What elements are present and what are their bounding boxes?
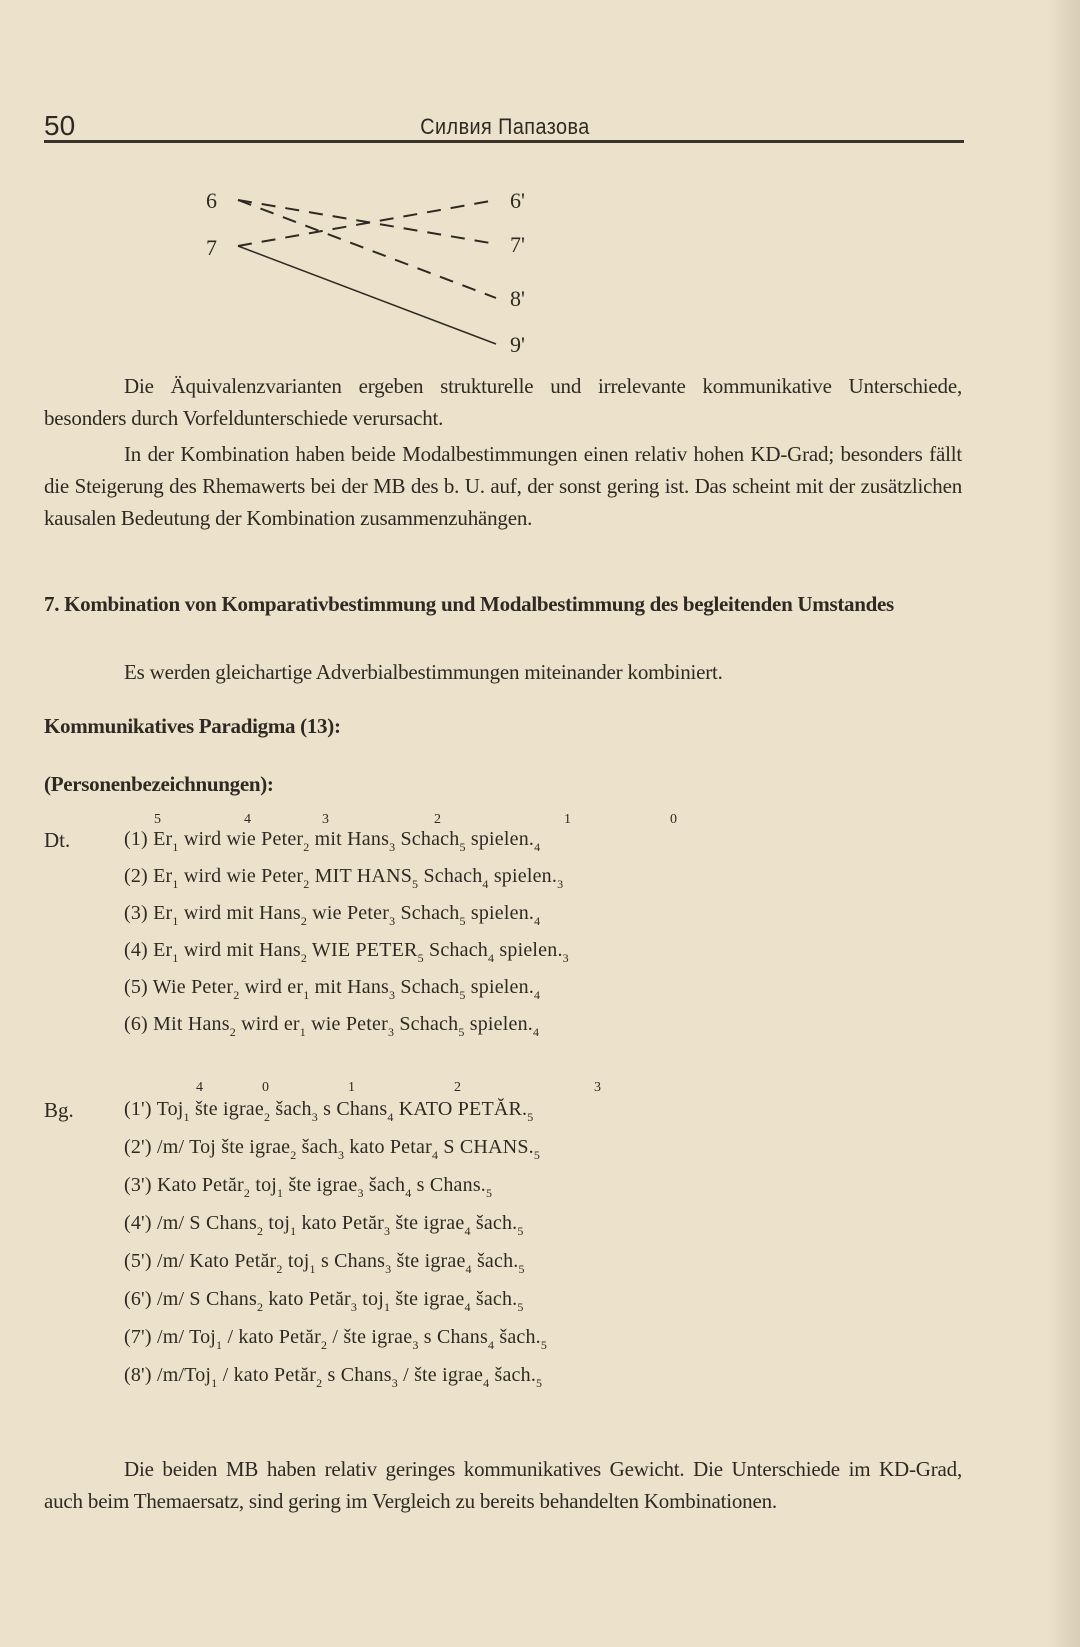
edge-7-9prime (238, 246, 496, 344)
rank-subscript: 2 (264, 1110, 270, 1124)
word-token: /m/ (157, 1212, 184, 1234)
word-token: Peter3 (346, 1013, 394, 1035)
word-token: Schach4 (429, 939, 494, 961)
rank-subscript: 4 (432, 1148, 438, 1162)
word-token: šach4 (369, 1174, 412, 1196)
rank-subscript: 3 (351, 1300, 357, 1314)
edge-7-6prime (238, 200, 496, 246)
word-token: / (227, 1326, 233, 1348)
word-token: wird (245, 976, 282, 998)
example-sentence: (8') /m/Toj1 / kato Petăr2 s Chans3 / št… (124, 1364, 542, 1391)
dt-label: Dt. (44, 828, 70, 853)
example-sentence: (2') /m/ Toj šte igrae2 šach3 kato Petar… (124, 1136, 540, 1163)
rank-subscript: 4 (534, 914, 540, 928)
word-token: spielen.4 (470, 1013, 539, 1035)
rank-subscript: 3 (389, 988, 395, 1002)
word-token: spielen.4 (471, 902, 540, 924)
word-token: mit (226, 902, 253, 924)
word-token: Toj (189, 1136, 216, 1158)
example-sentence: (1) Er1 wird wie Peter2 mit Hans3 Schach… (124, 828, 540, 855)
paragraph-2: In der Kombination haben beide Modalbest… (44, 438, 962, 534)
rank-subscript: 1 (216, 1338, 222, 1352)
word-token: Peter2 (261, 828, 309, 850)
rank-subscript: 3 (388, 1025, 394, 1039)
rank-subscript: 4 (488, 951, 494, 965)
node-7: 7 (206, 235, 217, 260)
word-token: spielen.3 (494, 865, 563, 887)
example-number: (3) (124, 902, 153, 924)
word-token: wird (241, 1013, 278, 1035)
word-token: igrae3 (371, 1326, 418, 1348)
example-number: (1') (124, 1098, 157, 1120)
rank-number: 2 (434, 812, 441, 828)
word-token: mit (315, 976, 342, 998)
rank-subscript: 2 (321, 1338, 327, 1352)
example-sentence: (3) Er1 wird mit Hans2 wie Peter3 Schach… (124, 902, 540, 929)
rank-subscript: 3 (385, 1262, 391, 1276)
bg-label: Bg. (44, 1098, 74, 1123)
word-token: S (189, 1288, 200, 1310)
example-number: (4') (124, 1212, 157, 1234)
word-token: šach.5 (499, 1326, 547, 1348)
rank-number: 4 (196, 1080, 203, 1096)
word-token: Schach4 (423, 865, 488, 887)
paragraph-4: Die beiden MB haben relativ geringes kom… (44, 1453, 962, 1517)
word-token: šach.5 (476, 1288, 524, 1310)
word-token: igrae4 (425, 1250, 472, 1272)
word-token: Chans2 (206, 1288, 263, 1310)
equivalence-diagram: 6 7 6' 7' 8' 9' (190, 180, 550, 360)
word-token: Petăr2 (202, 1174, 250, 1196)
word-token: / (332, 1326, 338, 1348)
word-token: S (189, 1212, 200, 1234)
rank-number: 1 (348, 1080, 355, 1096)
rank-subscript: 5 (459, 914, 465, 928)
rank-subscript: 1 (310, 1262, 316, 1276)
rank-subscript: 1 (184, 1110, 190, 1124)
word-token: šte (195, 1098, 218, 1120)
rank-subscript: 1 (211, 1376, 217, 1390)
word-token: Petăr3 (342, 1212, 390, 1234)
word-token: Hans3 (347, 828, 395, 850)
word-token: mit (226, 939, 253, 961)
example-number: (6') (124, 1288, 157, 1310)
word-token: wie (226, 865, 255, 887)
rank-subscript: 4 (534, 988, 540, 1002)
word-token: Chans3 (334, 1250, 391, 1272)
word-token: šach.5 (476, 1212, 524, 1234)
rank-subscript: 5 (527, 1110, 533, 1124)
rank-subscript: 1 (303, 988, 309, 1002)
word-token: wird (184, 865, 221, 887)
rank-subscript: 3 (392, 1376, 398, 1390)
word-token: /m/ (157, 1136, 184, 1158)
word-token: wie (312, 902, 341, 924)
rank-subscript: 2 (230, 1025, 236, 1039)
word-token: s (328, 1364, 336, 1386)
word-token: Mit (153, 1013, 183, 1035)
example-sentence: (3') Kato Petăr2 toj1 šte igrae3 šach4 s… (124, 1174, 492, 1201)
word-token: Peter2 (261, 865, 309, 887)
rank-number: 2 (454, 1080, 461, 1096)
rank-subscript: 3 (557, 877, 563, 891)
example-sentence: (1') Toj1 šte igrae2 šach3 s Chans4 KATO… (124, 1098, 533, 1125)
header-rule (44, 140, 964, 143)
word-token: /m/ (157, 1326, 184, 1348)
node-6: 6 (206, 188, 217, 213)
word-token: HANS5 (357, 865, 418, 887)
rank-subscript: 3 (384, 1224, 390, 1238)
word-token: šte (288, 1174, 311, 1196)
diagram-svg: 6 7 6' 7' 8' 9' (190, 180, 550, 360)
rank-subscript: 3 (412, 1338, 418, 1352)
rank-subscript: 4 (387, 1110, 393, 1124)
example-sentence: (7') /m/ Toj1 / kato Petăr2 / šte igrae3… (124, 1326, 547, 1353)
rank-subscript: 5 (517, 1300, 523, 1314)
word-token: šte (395, 1288, 418, 1310)
word-token: wie (226, 828, 255, 850)
word-token: WIE (312, 939, 350, 961)
example-number: (7') (124, 1326, 157, 1348)
word-token: wird (184, 939, 221, 961)
node-7prime: 7' (510, 232, 525, 257)
paradigm-heading: Kommunikatives Paradigma (13): (44, 710, 944, 742)
example-sentence: (2) Er1 wird wie Peter2 MIT HANS5 Schach… (124, 865, 563, 892)
running-title: Силвия Папазова (51, 114, 960, 140)
example-number: (2) (124, 865, 153, 887)
word-token: šach.5 (477, 1250, 525, 1272)
example-number: (6) (124, 1013, 153, 1035)
word-token: er1 (284, 1013, 306, 1035)
rank-subscript: 4 (488, 1338, 494, 1352)
word-token: Petăr2 (279, 1326, 327, 1348)
rank-subscript: 3 (312, 1110, 318, 1124)
rank-subscript: 1 (172, 840, 178, 854)
example-sentence: (5') /m/ Kato Petăr2 toj1 s Chans3 šte i… (124, 1250, 525, 1277)
example-number: (2') (124, 1136, 157, 1158)
word-token: wird (184, 828, 221, 850)
rank-subscript: 2 (303, 840, 309, 854)
word-token: / (223, 1364, 229, 1386)
example-number: (8') (124, 1364, 157, 1386)
word-token: igrae4 (442, 1364, 489, 1386)
paragraph-1-text: Die Äquivalenzvarianten ergeben struktur… (44, 374, 962, 430)
word-token: Peter3 (347, 902, 395, 924)
word-token: igrae2 (223, 1098, 270, 1120)
rank-subscript: 3 (338, 1148, 344, 1162)
rank-subscript: 1 (300, 1025, 306, 1039)
word-token: CHANS.5 (460, 1136, 540, 1158)
rank-subscript: 5 (534, 1148, 540, 1162)
word-token: Chans4 (336, 1098, 393, 1120)
word-token: wird (184, 902, 221, 924)
word-token: kato (349, 1136, 384, 1158)
rank-subscript: 4 (405, 1186, 411, 1200)
word-token: Chans3 (341, 1364, 398, 1386)
rank-subscript: 2 (244, 1186, 250, 1200)
word-token: kato (268, 1288, 303, 1310)
rank-subscript: 2 (301, 951, 307, 965)
word-token: Hans2 (188, 1013, 236, 1035)
edge-6-8prime (238, 200, 496, 298)
example-number: (4) (124, 939, 153, 961)
rank-number: 4 (244, 812, 251, 828)
rank-subscript: 3 (357, 1186, 363, 1200)
rank-subscript: 4 (466, 1262, 472, 1276)
rank-subscript: 3 (389, 914, 395, 928)
word-token: Hans3 (347, 976, 395, 998)
rank-subscript: 5 (412, 877, 418, 891)
rank-number: 1 (564, 812, 571, 828)
word-token: Hans2 (259, 902, 307, 924)
word-token: / (403, 1364, 409, 1386)
word-token: /m/Toj1 (157, 1364, 217, 1386)
word-token: igrae4 (423, 1288, 470, 1310)
word-token: Er1 (153, 902, 178, 924)
node-6prime: 6' (510, 188, 525, 213)
example-sentence: (4) Er1 wird mit Hans2 WIE PETER5 Schach… (124, 939, 569, 966)
word-token: Kato (189, 1250, 229, 1272)
word-token: wie (311, 1013, 340, 1035)
word-token: er1 (287, 976, 309, 998)
word-token: s (417, 1174, 425, 1196)
rank-subscript: 5 (418, 951, 424, 965)
word-token: šach3 (275, 1098, 318, 1120)
example-sentence: (6) Mit Hans2 wird er1 wie Peter3 Schach… (124, 1013, 539, 1040)
rank-subscript: 4 (533, 1025, 539, 1039)
rank-subscript: 2 (257, 1300, 263, 1314)
word-token: kato (301, 1212, 336, 1234)
word-token: Er1 (153, 939, 178, 961)
word-token: šte (221, 1136, 244, 1158)
rank-subscript: 4 (464, 1300, 470, 1314)
paragraph-2-text: In der Kombination haben beide Modalbest… (44, 442, 962, 530)
word-token: Schach5 (400, 828, 465, 850)
word-token: šte (414, 1364, 437, 1386)
paragraph-1: Die Äquivalenzvarianten ergeben struktur… (44, 370, 962, 434)
rank-subscript: 4 (482, 877, 488, 891)
word-token: Toj1 (157, 1098, 190, 1120)
rank-number: 0 (670, 812, 677, 828)
rank-subscript: 5 (486, 1186, 492, 1200)
rank-subscript: 5 (517, 1224, 523, 1238)
word-token: igrae2 (249, 1136, 296, 1158)
paradigm-subheading: (Personenbezeichnungen): (44, 768, 944, 800)
rank-subscript: 2 (290, 1148, 296, 1162)
word-token: Petăr3 (309, 1288, 357, 1310)
rank-number: 5 (154, 812, 161, 828)
rank-subscript: 5 (541, 1338, 547, 1352)
rank-subscript: 1 (384, 1300, 390, 1314)
word-token: toj1 (255, 1174, 283, 1196)
rank-subscript: 1 (277, 1186, 283, 1200)
rank-subscript: 1 (290, 1224, 296, 1238)
rank-subscript: 4 (534, 840, 540, 854)
rank-subscript: 4 (464, 1224, 470, 1238)
word-token: toj1 (288, 1250, 316, 1272)
word-token: Schach5 (399, 1013, 464, 1035)
rank-number: 0 (262, 1080, 269, 1096)
word-token: Chans2 (206, 1212, 263, 1234)
rank-subscript: 2 (301, 914, 307, 928)
example-sentence: (4') /m/ S Chans2 toj1 kato Petăr3 šte i… (124, 1212, 524, 1239)
rank-subscript: 2 (257, 1224, 263, 1238)
rank-number: 3 (322, 812, 329, 828)
word-token: kato (234, 1364, 269, 1386)
rank-subscript: 5 (458, 1025, 464, 1039)
rank-subscript: 5 (519, 1262, 525, 1276)
example-number: (3') (124, 1174, 157, 1196)
word-token: Schach5 (400, 902, 465, 924)
example-sentence: (5) Wie Peter2 wird er1 mit Hans3 Schach… (124, 976, 540, 1003)
example-number: (5') (124, 1250, 157, 1272)
paragraph-4-text: Die beiden MB haben relativ geringes kom… (44, 1457, 962, 1513)
word-token: Petar4 (390, 1136, 438, 1158)
word-token: Toj1 (189, 1326, 222, 1348)
rank-subscript: 3 (389, 840, 395, 854)
word-token: kato (238, 1326, 273, 1348)
word-token: Schach5 (400, 976, 465, 998)
word-token: MIT (315, 865, 352, 887)
word-token: mit (315, 828, 342, 850)
word-token: /m/ (157, 1250, 184, 1272)
section-heading: 7. Kombination von Komparativbestimmung … (44, 588, 944, 620)
paragraph-3: Es werden gleichartige Adverbialbestimmu… (44, 656, 962, 688)
rank-subscript: 5 (459, 988, 465, 1002)
rank-subscript: 1 (172, 877, 178, 891)
word-token: toj1 (362, 1288, 390, 1310)
word-token: Kato (157, 1174, 197, 1196)
word-token: Er1 (153, 828, 178, 850)
word-token: Petăr2 (274, 1364, 322, 1386)
word-token: s (424, 1326, 432, 1348)
rank-subscript: 2 (316, 1376, 322, 1390)
word-token: s (321, 1250, 329, 1272)
node-8prime: 8' (510, 286, 525, 311)
rank-subscript: 4 (483, 1376, 489, 1390)
rank-subscript: 1 (172, 914, 178, 928)
word-token: S (443, 1136, 454, 1158)
word-token: Peter2 (191, 976, 239, 998)
word-token: šte (395, 1212, 418, 1234)
word-token: šach.5 (494, 1364, 542, 1386)
rank-number: 3 (594, 1080, 601, 1096)
word-token: igrae4 (423, 1212, 470, 1234)
word-token: spielen.3 (499, 939, 568, 961)
word-token: Chans4 (437, 1326, 494, 1348)
rank-subscript: 5 (459, 840, 465, 854)
node-9prime: 9' (510, 332, 525, 357)
word-token: toj1 (268, 1212, 296, 1234)
word-token: Chans.5 (430, 1174, 492, 1196)
word-token: PETĂR.5 (458, 1098, 534, 1120)
word-token: s (323, 1098, 331, 1120)
word-token: Petăr2 (234, 1250, 282, 1272)
example-number: (1) (124, 828, 153, 850)
word-token: igrae3 (316, 1174, 363, 1196)
rank-subscript: 2 (276, 1262, 282, 1276)
example-sentence: (6') /m/ S Chans2 kato Petăr3 toj1 šte i… (124, 1288, 524, 1315)
paragraph-3-text: Es werden gleichartige Adverbialbestimmu… (124, 660, 723, 684)
rank-subscript: 3 (563, 951, 569, 965)
word-token: spielen.4 (471, 828, 540, 850)
rank-subscript: 2 (303, 877, 309, 891)
word-token: šte (397, 1250, 420, 1272)
word-token: KATO (399, 1098, 453, 1120)
word-token: šach3 (302, 1136, 345, 1158)
rank-subscript: 2 (233, 988, 239, 1002)
rank-subscript: 1 (172, 951, 178, 965)
word-token: /m/ (157, 1288, 184, 1310)
word-token: Er1 (153, 865, 178, 887)
word-token: PETER5 (355, 939, 423, 961)
word-token: Wie (153, 976, 186, 998)
example-number: (5) (124, 976, 153, 998)
word-token: šte (343, 1326, 366, 1348)
rank-subscript: 5 (536, 1376, 542, 1390)
word-token: spielen.4 (471, 976, 540, 998)
word-token: Hans2 (259, 939, 307, 961)
